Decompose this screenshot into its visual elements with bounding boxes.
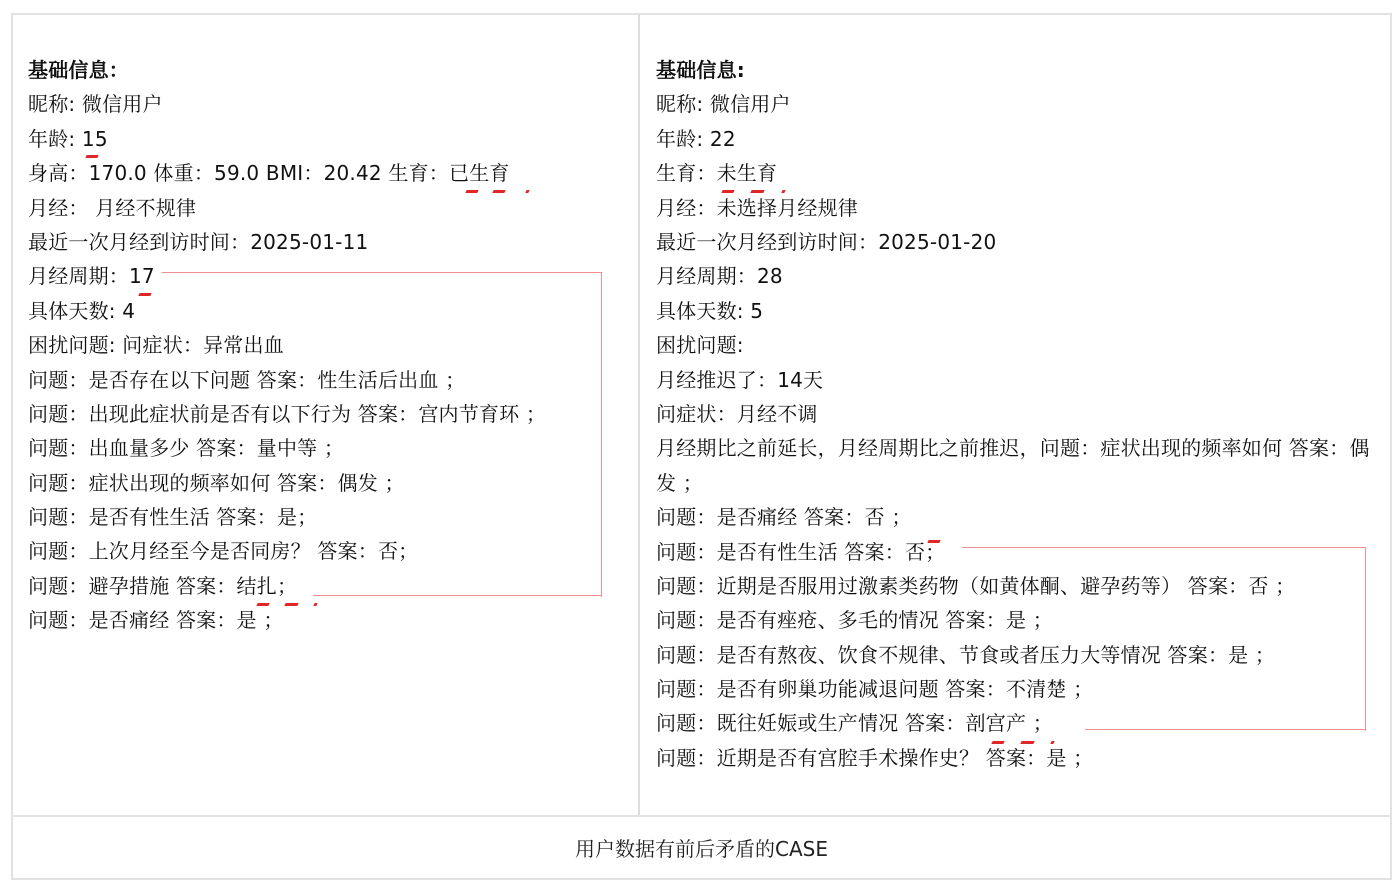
- annotation-dash: [492, 190, 505, 193]
- annotation-dash: [465, 190, 478, 193]
- annotation-dash: [1020, 741, 1034, 744]
- annotation-dash: [85, 155, 98, 158]
- annotation-dash: [991, 741, 1004, 744]
- section-title: 基础信息：: [28, 53, 628, 87]
- annotation-dash: [256, 603, 269, 606]
- annotation-bracket-left: [162, 272, 602, 597]
- body-metrics-line: 身高：170.0 体重：59.0 BMI：20.42 生育：已生育: [28, 156, 628, 190]
- annotation-bracket-right: [962, 547, 1366, 731]
- annotation-dash: [927, 540, 940, 543]
- concern-line: 困扰问题:: [656, 328, 1378, 362]
- menstruation-line: 月经： 月经不规律: [28, 191, 628, 225]
- qa-line: 月经期比之前延长，月经周期比之前推迟，问题：症状出现的频率如何 答案：偶发 ；: [656, 431, 1378, 500]
- annotation-dash: [138, 293, 151, 296]
- age-line: 年龄: 15: [28, 122, 628, 156]
- annotation-dash: [284, 603, 298, 606]
- nickname-line: 昵称: 微信用户: [28, 87, 628, 121]
- annotation-bracket-left-bottom: [313, 595, 602, 596]
- cycle-line: 月经周期：28: [656, 259, 1378, 293]
- caption-cell: 用户数据有前后矛盾的CASE: [13, 815, 1390, 878]
- section-title: 基础信息:: [656, 53, 1378, 87]
- annotation-dash: [750, 190, 764, 193]
- menstruation-line: 月经：未选择月经规律: [656, 191, 1378, 225]
- days-line: 具体天数: 5: [656, 294, 1378, 328]
- qa-line: 问题：是否痛经 答案：否 ；: [656, 500, 1378, 534]
- qa-line: 问题：近期是否有宫腔手术操作史？ 答案：是 ；: [656, 741, 1378, 775]
- nickname-line: 昵称: 微信用户: [656, 87, 1378, 121]
- delay-line: 月经推迟了：14天: [656, 363, 1378, 397]
- age-line: 年龄: 22: [656, 122, 1378, 156]
- annotation-dash: [721, 190, 734, 193]
- birth-line: 生育：未生育: [656, 156, 1378, 190]
- annotation-bracket-right-bottom: [1085, 729, 1366, 730]
- last-period-line: 最近一次月经到访时间：2025-01-11: [28, 225, 628, 259]
- caption: 用户数据有前后矛盾的CASE: [575, 833, 828, 862]
- last-period-line: 最近一次月经到访时间：2025-01-20: [656, 225, 1378, 259]
- qa-line: 问题：是否痛经 答案：是 ；: [28, 603, 628, 637]
- symptom-line: 问症状：月经不调: [656, 397, 1378, 431]
